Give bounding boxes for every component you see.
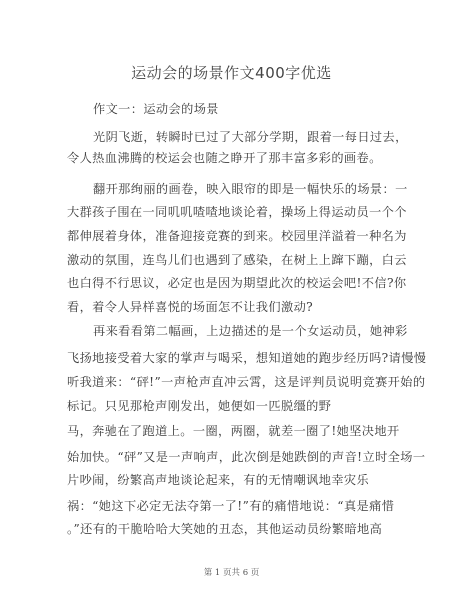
text-line: 激动的氛围，连鸟儿们也遇到了感染，在树上上蹿下蹦，白云 bbox=[67, 251, 407, 268]
text-line: 马，奔驰在了跑道上。一圈，两圈，就差一圈了!她坚决地开 bbox=[67, 422, 400, 439]
text-line: 令人热血沸腾的校运会也随之睁开了那丰富多彩的画卷。 bbox=[67, 149, 382, 166]
text-line: 看，着令人异样喜悦的场面怎不让我们激动? bbox=[67, 298, 313, 315]
text-line: 始加快。“砰”又是一声响声，此次倒是她跌倒的声音!立时全场一 bbox=[67, 448, 425, 465]
text-line: 再来看看第二幅画，上边描述的是一个女运动员，她神彩 bbox=[93, 322, 408, 339]
text-line: 光阴飞逝，转瞬时已过了大部分学期，跟着一每日过去， bbox=[93, 128, 408, 145]
document-title: 运动会的场景作文400字优选 bbox=[0, 62, 463, 83]
text-line: 标记。只见那枪声刚发出，她便如一匹脱缰的野 bbox=[67, 397, 331, 414]
text-line: 片吵闹，纷繁高声地谈论起来，有的无情嘲讽地幸灾乐 bbox=[67, 471, 369, 488]
text-line: 祸：“她这下必定无法夺第一了!”有的痛惜地说：“真是痛惜 bbox=[67, 497, 394, 514]
text-line: 也白得不行思议，必定也是因为期望此次的校运会吧!不信?你 bbox=[67, 274, 407, 291]
text-line: 飞扬地接受着大家的掌声与喝采，想知道她的跑步经历吗?请慢慢 bbox=[67, 349, 426, 366]
essay-subtitle: 作文一：运动会的场景 bbox=[93, 100, 219, 117]
text-line: 大群孩子围在一同叽叽喳喳地谈论着，操场上得运动员一个个 bbox=[67, 203, 407, 220]
page-footer: 第 1 页共 6 页 bbox=[0, 566, 463, 578]
text-line: 。”还有的干脆哈哈大笑她的丑态，其他运动员纷繁暗地高 bbox=[67, 520, 382, 537]
text-line: 翻开那绚丽的画卷，映入眼帘的即是一幅快乐的场景：一 bbox=[93, 180, 408, 197]
text-line: 都伸展着身体，准备迎接竞赛的到来。校园里洋溢着一种名为 bbox=[67, 227, 407, 244]
text-line: 听我道来：“砰!”一声枪声直冲云霄，这是评判员说明竞赛开始的 bbox=[67, 373, 425, 390]
